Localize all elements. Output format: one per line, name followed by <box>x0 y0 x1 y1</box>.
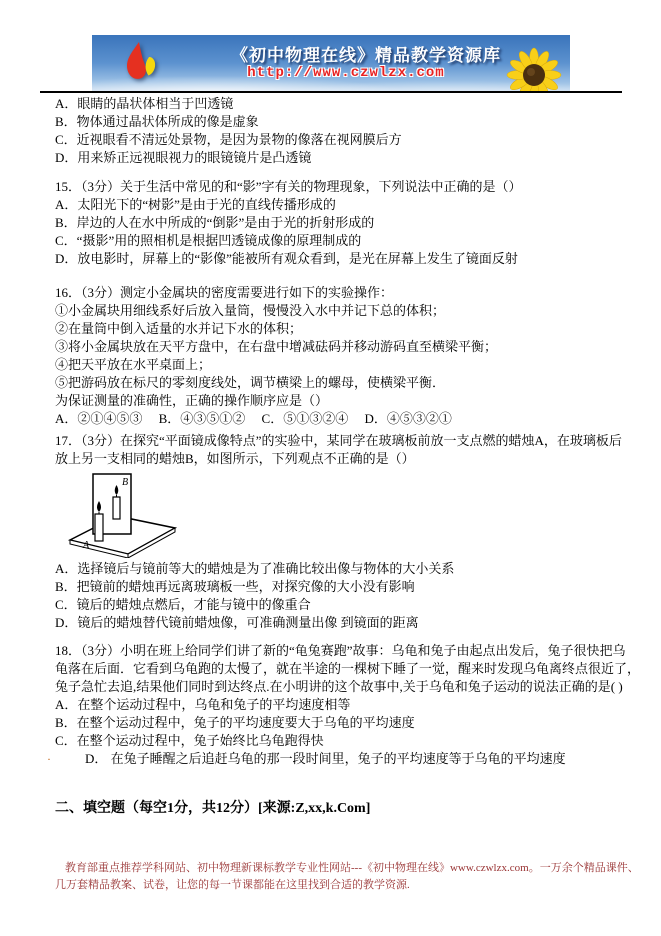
figure-label-a: A <box>82 540 90 551</box>
q15-stem: 15．（3分）关于生活中常见的和“影”字有关的物理现象，下列说法中正确的是（） <box>55 178 615 196</box>
q16-stem: 16．（3分）测定小金属块的密度需要进行如下的实验操作： <box>55 284 615 302</box>
q16-choices: A．②①④⑤③ B．④③⑤①② C．⑤①③②④ D．④⑤③②① <box>55 410 615 428</box>
header-divider <box>40 91 622 93</box>
q17-option-b: B．把镜前的蜡烛再远离玻璃板一些，对探究像的大小没有影响 <box>55 578 615 596</box>
q16-step-4: ④把天平放在水平桌面上； <box>55 356 615 374</box>
q15-option-b: B．岸边的人在水中所成的“倒影”是由于光的折射形成的 <box>55 214 615 232</box>
q14-option-b: B．物体通过晶状体所成的像是虚象 <box>55 113 615 131</box>
q16-step-5: ⑤把游码放在标尺的零刻度线处，调节横梁上的螺母，使横梁平衡． <box>55 374 615 392</box>
candle-a-body <box>95 514 103 541</box>
section-2-heading: 二、填空题（每空1分，共12分）[来源:Z,xx,k.Com] <box>55 797 370 817</box>
q18-option-a: A．在整个运动过程中，乌龟和兔子的平均速度相等 <box>55 696 615 714</box>
q17-figure: A B <box>65 470 615 558</box>
q18-stem-line-1: 18．（3分）小明在班上给同学们讲了新的“龟兔赛跑”故事：乌龟和兔子由起点出发后… <box>55 642 615 660</box>
sunflower-image <box>492 43 570 91</box>
q14-option-a: A．眼睛的晶状体相当于凹透镜 <box>55 95 615 113</box>
candle-b-body <box>113 497 120 519</box>
q16-prompt: 为保证测量的准确性，正确的操作顺序应是（） <box>55 392 615 410</box>
q17-stem-line-2: 放上另一支相同的蜡烛B，如图所示，下列观点不正确的是（） <box>55 450 615 468</box>
q17-option-c: C．镜后的蜡烛点燃后，才能与镜中的像重合 <box>55 596 615 614</box>
list-bullet-dot: · <box>47 750 51 768</box>
footer-line-1: 教育部重点推荐学科网站、初中物理新课标教学专业性网站---《初中物理在线》www… <box>55 860 639 877</box>
q18-option-d: D． 在兔子睡醒之后追赶乌龟的那一段时间里，兔子的平均速度等于乌龟的平均速度 <box>85 751 566 766</box>
site-banner: 《初中物理在线》精品教学资源库 http://www.czwlzx.com <box>92 35 570 91</box>
figure-label-b: B <box>122 477 128 488</box>
exam-body: A．眼睛的晶状体相当于凹透镜 B．物体通过晶状体所成的像是虚象 C．近视眼看不清… <box>55 95 615 768</box>
q17-stem-line-1: 17．（3分）在探究“平面镜成像特点”的实验中，某同学在玻璃板前放一支点燃的蜡烛… <box>55 432 615 450</box>
q17-option-a: A．选择镜后与镜前等大的蜡烛是为了准确比较出像与物体的大小关系 <box>55 560 615 578</box>
q16-step-1: ①小金属块用细线系好后放入量筒，慢慢没入水中并记下总的体积； <box>55 302 615 320</box>
footer-line-2: 几万套精品教案、试卷，让您的每一节课都能在这里找到合适的教学资源. <box>55 877 639 894</box>
q14-option-c: C．近视眼看不清远处景物，是因为景物的像落在视网膜后方 <box>55 131 615 149</box>
q15-option-a: A．太阳光下的“树影”是由于光的直线传播形成的 <box>55 196 615 214</box>
q17-option-d: D．镜后的蜡烛替代镜前蜡烛像，可准确测量出像 到镜面的距离 <box>55 614 615 632</box>
q18-stem-line-3: 兔子急忙去追,结果他们同时到达终点.在小明讲的这个故事中,关于乌龟和兔子运动的说… <box>55 678 615 696</box>
q14-option-d: D．用来矫正远视眼视力的眼镜镜片是凸透镜 <box>55 149 615 167</box>
q16-step-2: ②在量筒中倒入适量的水并记下水的体积； <box>55 320 615 338</box>
q18-option-d-row: · D． 在兔子睡醒之后追赶乌龟的那一段时间里，兔子的平均速度等于乌龟的平均速度 <box>55 750 615 768</box>
q18-option-c: C．在整个运动过程中，兔子始终比乌龟跑得快 <box>55 732 615 750</box>
q16-step-3: ③将小金属块放在天平方盘中，在右盘中增减砝码并移动游码直至横梁平衡； <box>55 338 615 356</box>
sunflower-center <box>523 64 545 86</box>
site-footer: 教育部重点推荐学科网站、初中物理新课标教学专业性网站---《初中物理在线》www… <box>55 860 639 894</box>
q15-option-d: D．放电影时，屏幕上的“影像”能被所有观众看到，是光在屏幕上发生了镜面反射 <box>55 250 615 268</box>
q18-option-b: B．在整个运动过程中，兔子的平均速度要大于乌龟的平均速度 <box>55 714 615 732</box>
q15-option-c: C．“摄影”用的照相机是根据凹透镜成像的原理制成的 <box>55 232 615 250</box>
q18-stem-line-2: 龟落在后面．它看到乌龟跑的太慢了，就在半途的一棵树下睡了一觉，醒来时发现乌龟离终… <box>55 660 615 678</box>
